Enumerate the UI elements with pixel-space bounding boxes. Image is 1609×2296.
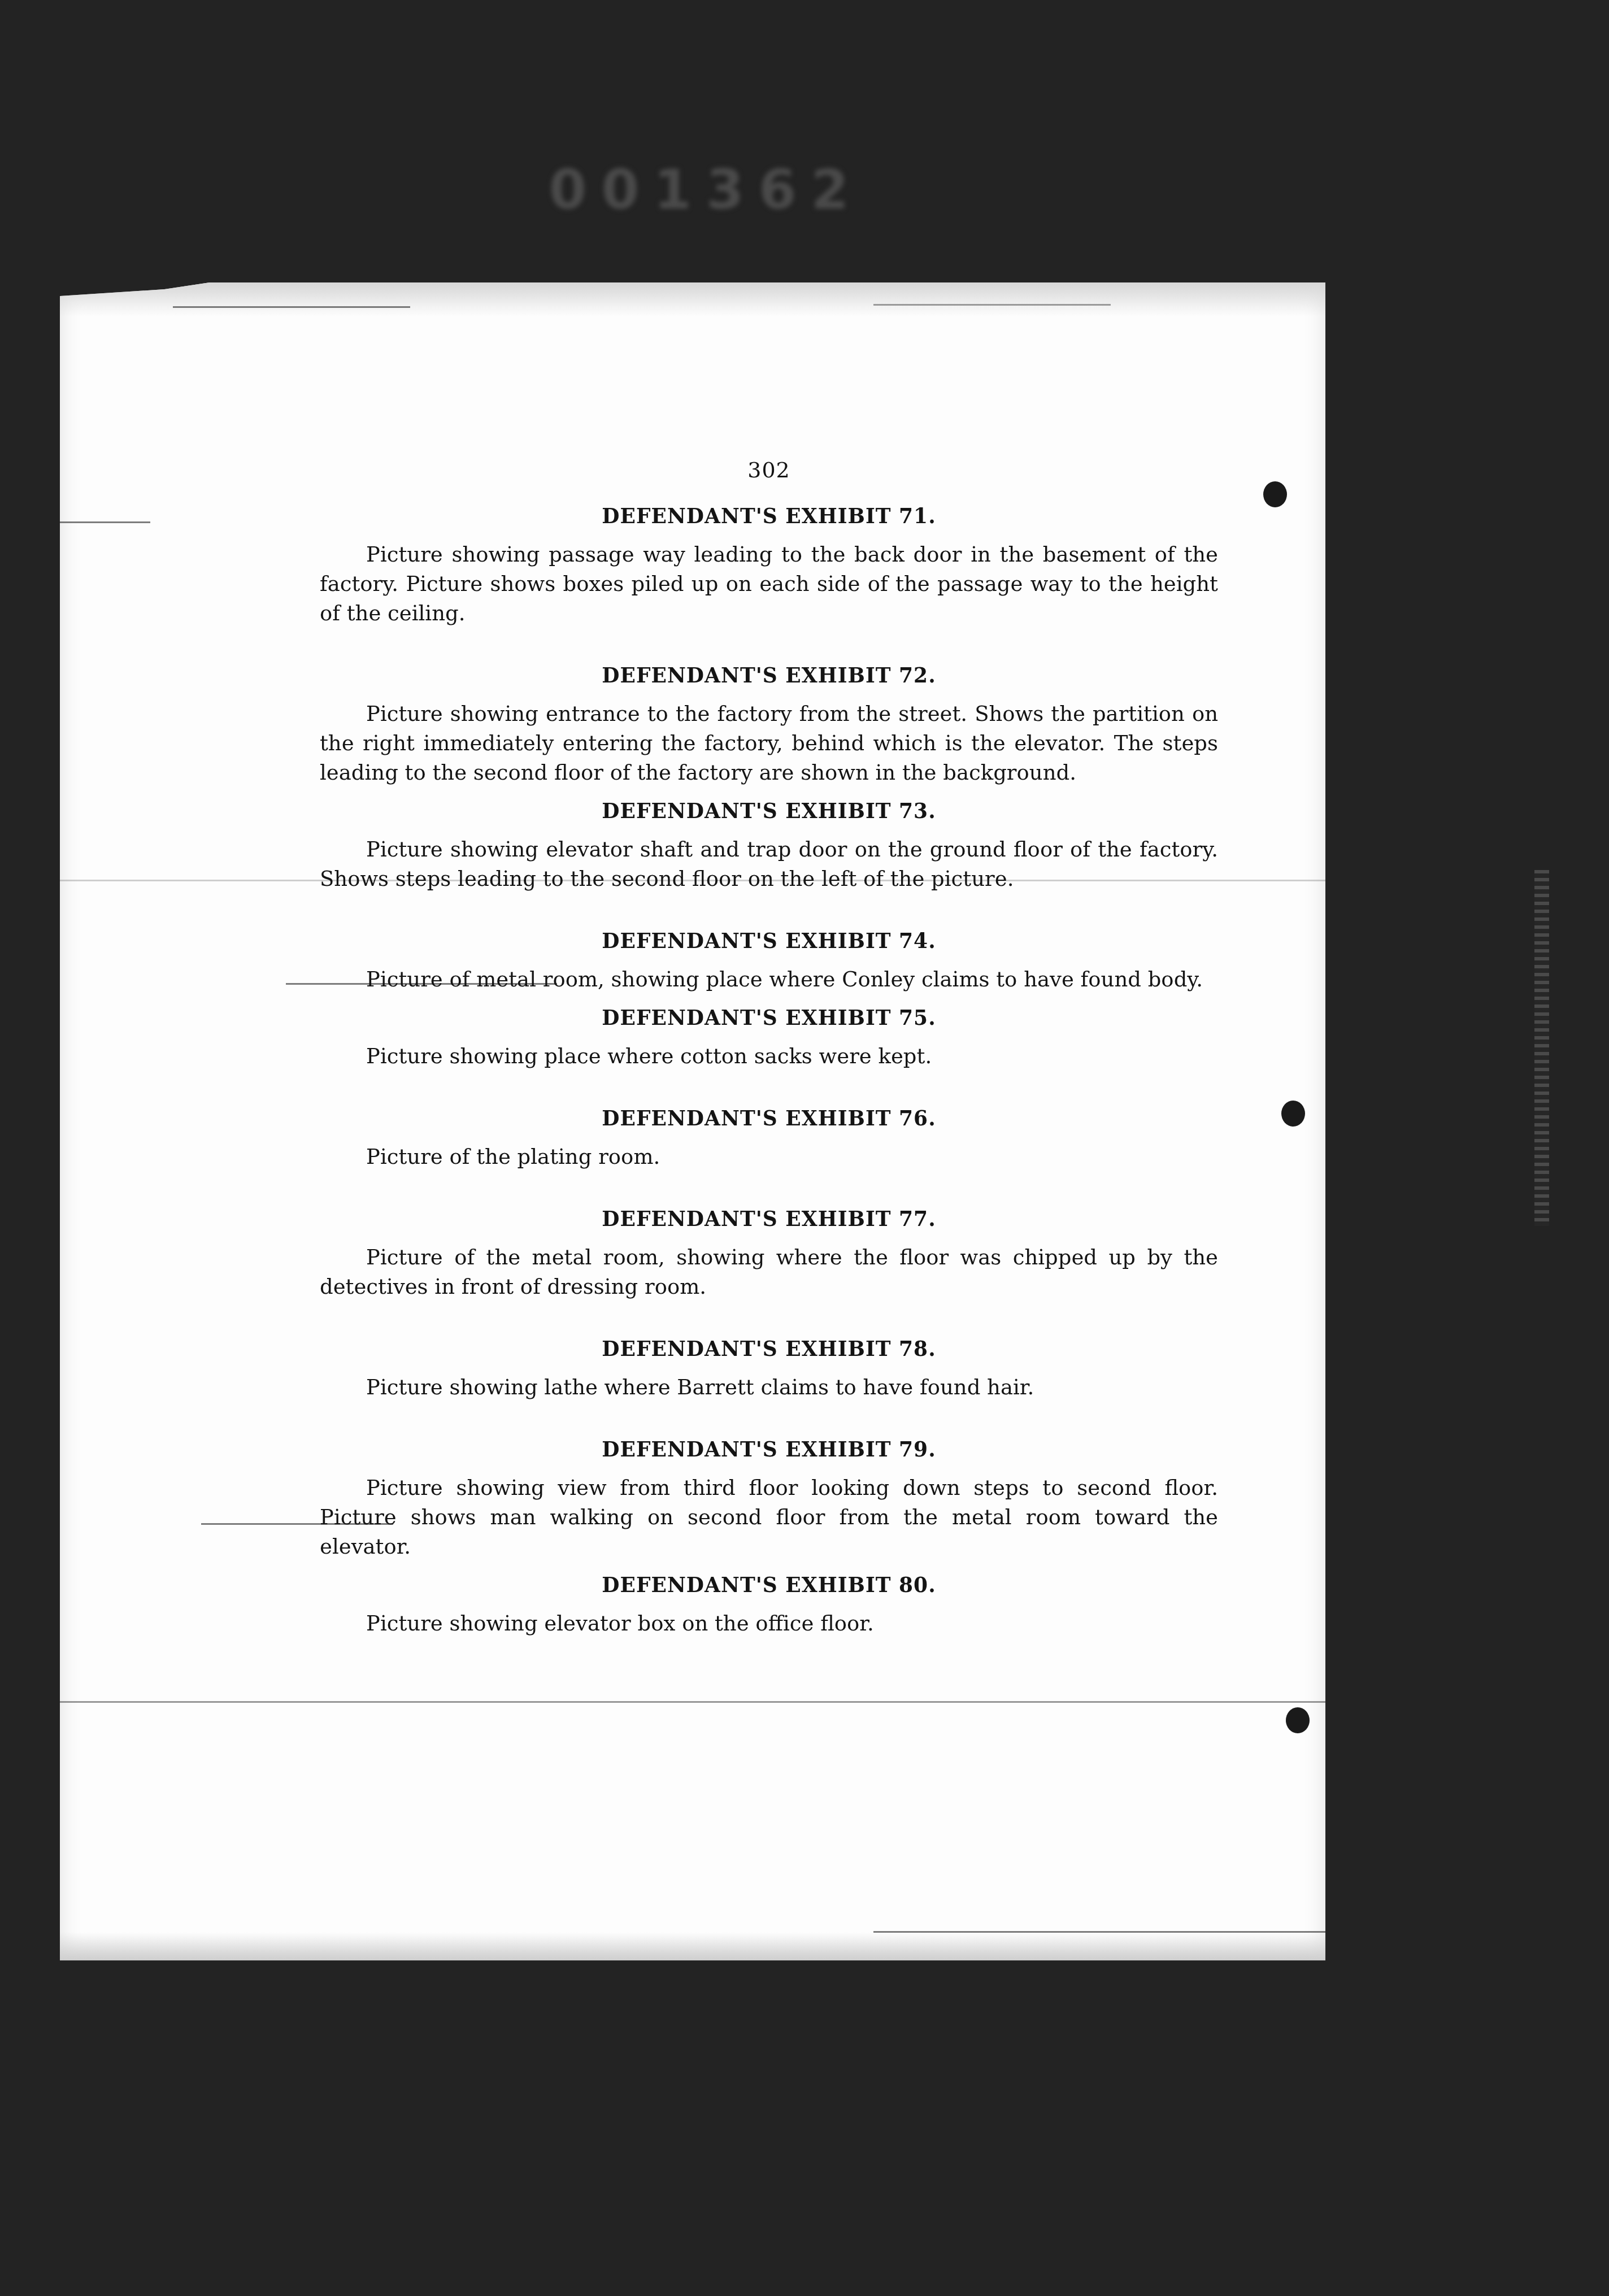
exhibit-section: DEFENDANT'S EXHIBIT 73. Picture showing …	[320, 799, 1218, 894]
exhibit-description: Picture of the metal room, showing where…	[320, 1243, 1218, 1302]
exhibit-description: Picture showing passage way leading to t…	[320, 540, 1218, 628]
exhibit-heading: DEFENDANT'S EXHIBIT 80.	[320, 1572, 1218, 1597]
page-number: 302	[320, 458, 1218, 482]
film-edge-artifact	[1534, 870, 1549, 1226]
exhibit-section: DEFENDANT'S EXHIBIT 79. Picture showing …	[320, 1437, 1218, 1562]
film-frame-id: 001362	[531, 158, 881, 221]
exhibit-description: Picture showing view from third floor lo…	[320, 1473, 1218, 1562]
scan-scratch-line	[173, 306, 410, 308]
exhibit-heading: DEFENDANT'S EXHIBIT 73.	[320, 798, 1218, 823]
exhibit-description: Picture showing elevator shaft and trap …	[320, 835, 1218, 894]
exhibit-heading: DEFENDANT'S EXHIBIT 78.	[320, 1336, 1218, 1361]
document-page: 302 DEFENDANT'S EXHIBIT 71. Picture show…	[60, 282, 1325, 1960]
exhibit-section: DEFENDANT'S EXHIBIT 74. Picture of metal…	[320, 929, 1218, 994]
exhibit-section: DEFENDANT'S EXHIBIT 71. Picture showing …	[320, 504, 1218, 628]
exhibit-section: DEFENDANT'S EXHIBIT 72. Picture showing …	[320, 663, 1218, 788]
scan-scratch-line	[60, 521, 150, 523]
punch-hole	[1263, 481, 1287, 507]
page-content: 302 DEFENDANT'S EXHIBIT 71. Picture show…	[320, 458, 1218, 1673]
exhibit-heading: DEFENDANT'S EXHIBIT 71.	[320, 503, 1218, 528]
punch-hole	[1286, 1707, 1310, 1733]
exhibit-heading: DEFENDANT'S EXHIBIT 75.	[320, 1005, 1218, 1030]
exhibit-list: DEFENDANT'S EXHIBIT 71. Picture showing …	[320, 504, 1218, 1638]
exhibit-description: Picture showing elevator box on the offi…	[320, 1609, 1218, 1638]
exhibit-description: Picture of metal room, showing place whe…	[320, 965, 1218, 994]
exhibit-section: DEFENDANT'S EXHIBIT 77. Picture of the m…	[320, 1207, 1218, 1302]
exhibit-heading: DEFENDANT'S EXHIBIT 77.	[320, 1206, 1218, 1231]
exhibit-description: Picture showing entrance to the factory …	[320, 699, 1218, 788]
scan-scratch-line	[873, 304, 1111, 306]
scan-scratch-line	[60, 1701, 1325, 1703]
punch-hole	[1281, 1101, 1305, 1127]
exhibit-description: Picture showing place where cotton sacks…	[320, 1042, 1218, 1071]
exhibit-section: DEFENDANT'S EXHIBIT 75. Picture showing …	[320, 1006, 1218, 1071]
scan-scratch-line	[60, 1980, 1325, 1982]
exhibit-description: Picture showing lathe where Barrett clai…	[320, 1373, 1218, 1402]
exhibit-section: DEFENDANT'S EXHIBIT 76. Picture of the p…	[320, 1106, 1218, 1172]
exhibit-description: Picture of the plating room.	[320, 1142, 1218, 1172]
exhibit-heading: DEFENDANT'S EXHIBIT 72.	[320, 663, 1218, 688]
exhibit-heading: DEFENDANT'S EXHIBIT 74.	[320, 928, 1218, 953]
exhibit-heading: DEFENDANT'S EXHIBIT 79.	[320, 1437, 1218, 1462]
exhibit-section: DEFENDANT'S EXHIBIT 80. Picture showing …	[320, 1573, 1218, 1638]
exhibit-heading: DEFENDANT'S EXHIBIT 76.	[320, 1106, 1218, 1130]
exhibit-section: DEFENDANT'S EXHIBIT 78. Picture showing …	[320, 1337, 1218, 1402]
scan-scratch-line	[873, 1931, 1325, 1933]
